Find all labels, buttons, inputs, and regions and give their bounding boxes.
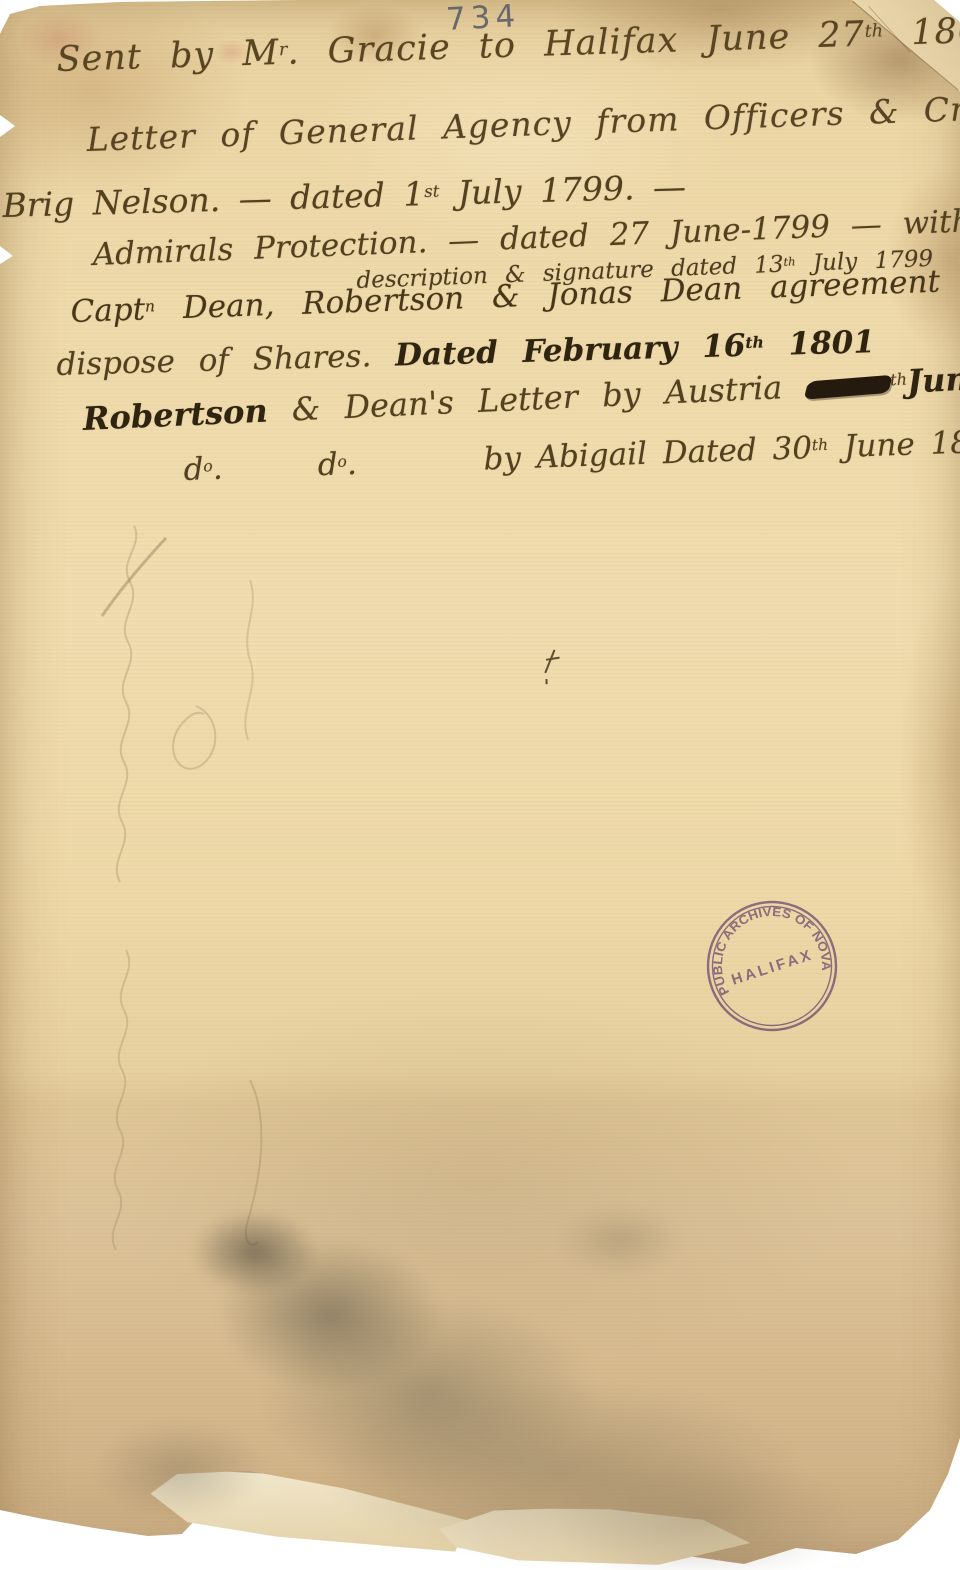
- stamp-center-text: HALIFAX: [729, 946, 815, 988]
- svg-text:PUBLIC ARCHIVES OF NOVA SCOTIA: PUBLIC ARCHIVES OF NOVA SCOTIA: [702, 896, 836, 1003]
- archive-stamp: PUBLIC ARCHIVES OF NOVA SCOTIA HALIFAX: [702, 896, 842, 1036]
- scanned-manuscript-canvas: 734 Sent by Mr. Gracie to Halifax June 2…: [0, 0, 960, 1570]
- bleed-through-writing: [100, 520, 320, 1280]
- stamp-arc-text: PUBLIC ARCHIVES OF NOVA SCOTIA: [702, 896, 836, 1003]
